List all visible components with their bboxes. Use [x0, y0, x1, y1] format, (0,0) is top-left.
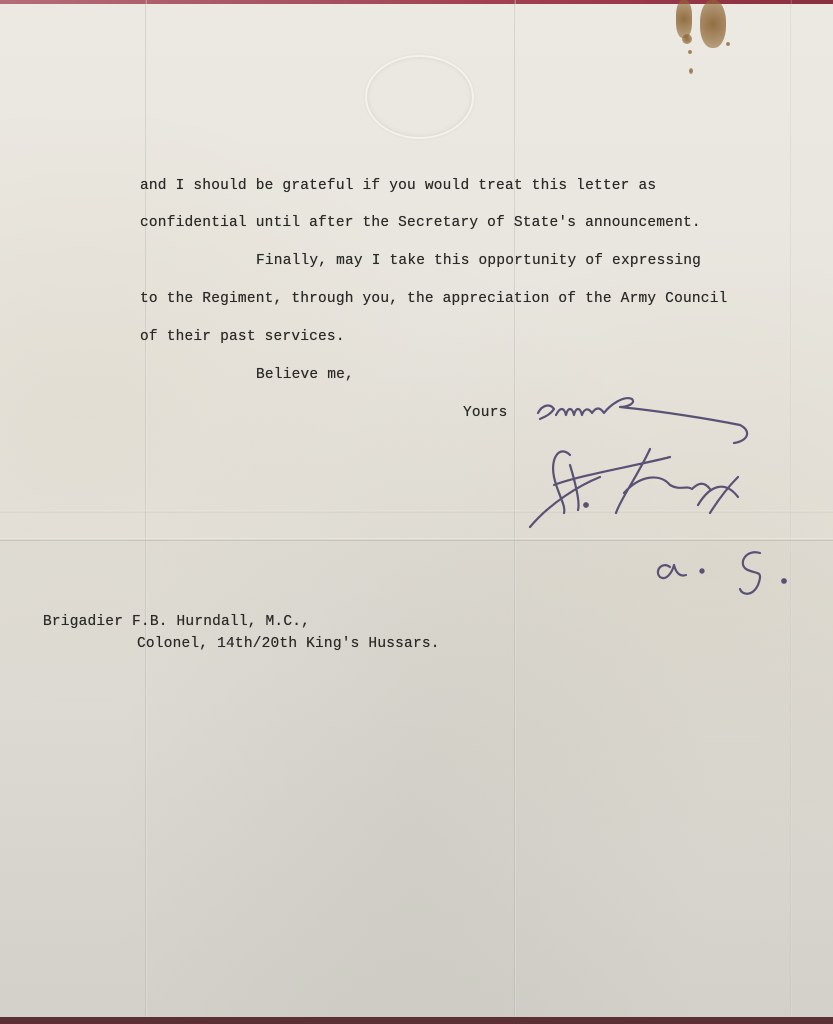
letter-paper: and I should be grateful if you would tr…: [0, 0, 833, 1017]
handwritten-signature-icon: [520, 385, 800, 600]
body-line-2: confidential until after the Secretary o…: [140, 215, 701, 231]
body-line-4: to the Regiment, through you, the apprec…: [140, 291, 728, 307]
fold-crease-center: [514, 0, 516, 1017]
body-line-3: Finally, may I take this opportunity of …: [256, 253, 701, 269]
folded-lower-panel: [0, 540, 833, 1017]
background-edge-bottom: [0, 1017, 833, 1024]
body-line-5: of their past services.: [140, 329, 345, 345]
embossed-seal-icon: [365, 55, 474, 139]
addressee-line-1: Brigadier F.B. Hurndall, M.C.,: [43, 614, 310, 630]
body-line-1: and I should be grateful if you would tr…: [140, 178, 656, 194]
fold-crease-left: [145, 0, 147, 1017]
valediction-yours: Yours: [463, 405, 508, 421]
closing-line: Believe me,: [256, 367, 354, 383]
addressee-line-2: Colonel, 14th/20th King's Hussars.: [137, 636, 440, 652]
